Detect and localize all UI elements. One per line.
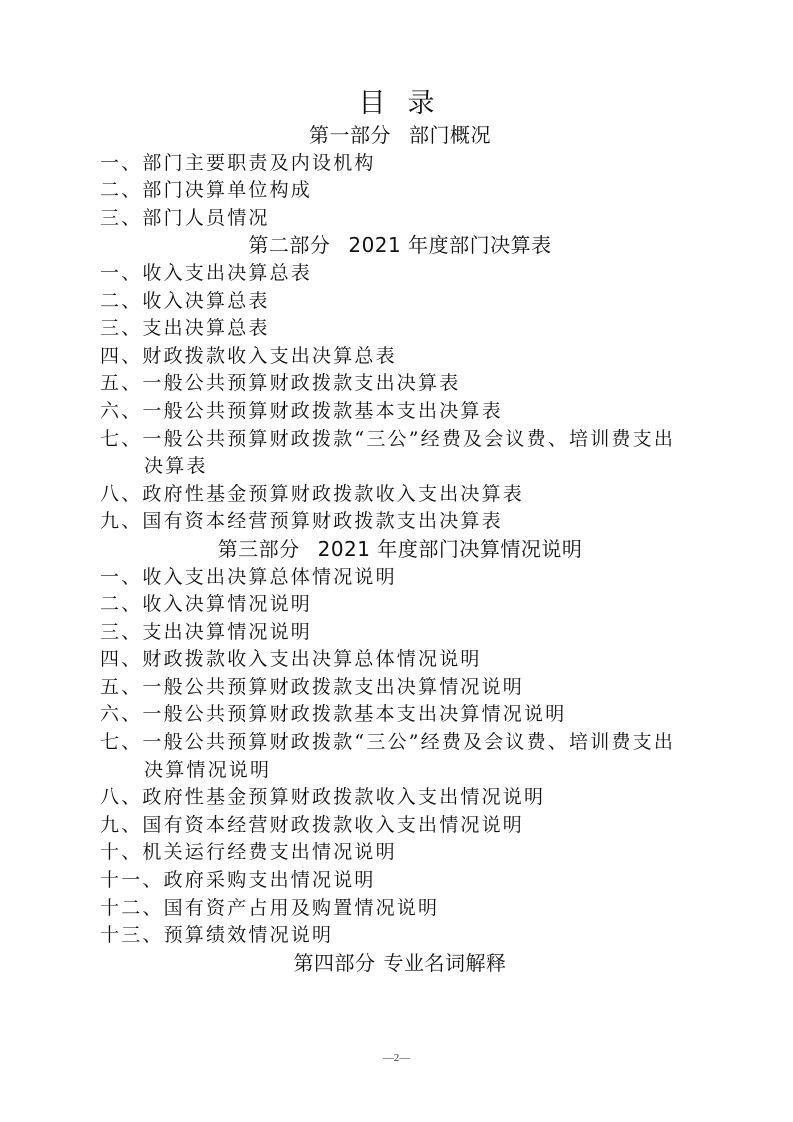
toc-item[interactable]: 二、收入决算总表 — [100, 288, 700, 316]
section-label: 第二部分 — [248, 233, 330, 257]
toc-item[interactable]: 八、政府性基金预算财政拨款收入支出情况说明 — [100, 784, 700, 812]
toc-item[interactable]: 一、部门主要职责及内设机构 — [100, 150, 700, 178]
section-heading-part4: 第四部分专业名词解释 — [100, 950, 700, 978]
section-label: 第四部分 — [294, 951, 376, 975]
toc-item[interactable]: 十一、政府采购支出情况说明 — [100, 867, 700, 895]
toc-item[interactable]: 一、收入支出决算总表 — [100, 260, 700, 288]
toc-title: 目录 — [0, 88, 793, 120]
toc-item[interactable]: 四、财政拨款收入支出决算总表 — [100, 343, 700, 371]
toc-item[interactable]: 二、收入决算情况说明 — [100, 591, 700, 619]
toc-item[interactable]: 一、收入支出决算总体情况说明 — [100, 564, 700, 592]
page-number: —2— — [0, 1052, 793, 1064]
toc-item[interactable]: 七、一般公共预算财政拨款“三公”经费及会议费、培训费支出 — [100, 426, 700, 454]
section-name: 专业名词解释 — [384, 951, 507, 975]
toc-item[interactable]: 十二、国有资产占用及购置情况说明 — [100, 895, 700, 923]
toc-item[interactable]: 三、部门人员情况 — [100, 205, 700, 233]
toc-item[interactable]: 六、一般公共预算财政拨款基本支出决算情况说明 — [100, 701, 700, 729]
toc-item[interactable]: 八、政府性基金预算财政拨款收入支出决算表 — [100, 481, 700, 509]
toc-item[interactable]: 五、一般公共预算财政拨款支出决算表 — [100, 370, 700, 398]
section-heading-part3: 第三部分2021 年度部门决算情况说明 — [100, 536, 700, 564]
toc-item[interactable]: 四、财政拨款收入支出决算总体情况说明 — [100, 646, 700, 674]
section-name: 2021 年度部门决算情况说明 — [318, 537, 583, 561]
section-label: 第三部分 — [218, 537, 300, 561]
toc-item-continuation[interactable]: 决算表 — [100, 453, 700, 481]
toc-item[interactable]: 十三、预算绩效情况说明 — [100, 922, 700, 950]
table-of-contents: 第一部分部门概况 一、部门主要职责及内设机构 二、部门决算单位构成 三、部门人员… — [100, 122, 700, 977]
document-page: 目录 第一部分部门概况 一、部门主要职责及内设机构 二、部门决算单位构成 三、部… — [0, 0, 793, 1122]
toc-item-continuation[interactable]: 决算情况说明 — [100, 757, 700, 785]
section-name: 2021 年度部门决算表 — [348, 233, 551, 257]
toc-item[interactable]: 九、国有资本经营预算财政拨款支出决算表 — [100, 508, 700, 536]
toc-item[interactable]: 二、部门决算单位构成 — [100, 177, 700, 205]
toc-item[interactable]: 十、机关运行经费支出情况说明 — [100, 839, 700, 867]
toc-item[interactable]: 九、国有资本经营财政拨款收入支出情况说明 — [100, 812, 700, 840]
toc-item[interactable]: 七、一般公共预算财政拨款“三公”经费及会议费、培训费支出 — [100, 729, 700, 757]
toc-item[interactable]: 三、支出决算总表 — [100, 315, 700, 343]
section-name: 部门概况 — [409, 123, 491, 147]
section-heading-part2: 第二部分2021 年度部门决算表 — [100, 232, 700, 260]
section-label: 第一部分 — [309, 123, 391, 147]
toc-item[interactable]: 六、一般公共预算财政拨款基本支出决算表 — [100, 398, 700, 426]
section-heading-part1: 第一部分部门概况 — [100, 122, 700, 150]
toc-item[interactable]: 三、支出决算情况说明 — [100, 619, 700, 647]
toc-item[interactable]: 五、一般公共预算财政拨款支出决算情况说明 — [100, 674, 700, 702]
